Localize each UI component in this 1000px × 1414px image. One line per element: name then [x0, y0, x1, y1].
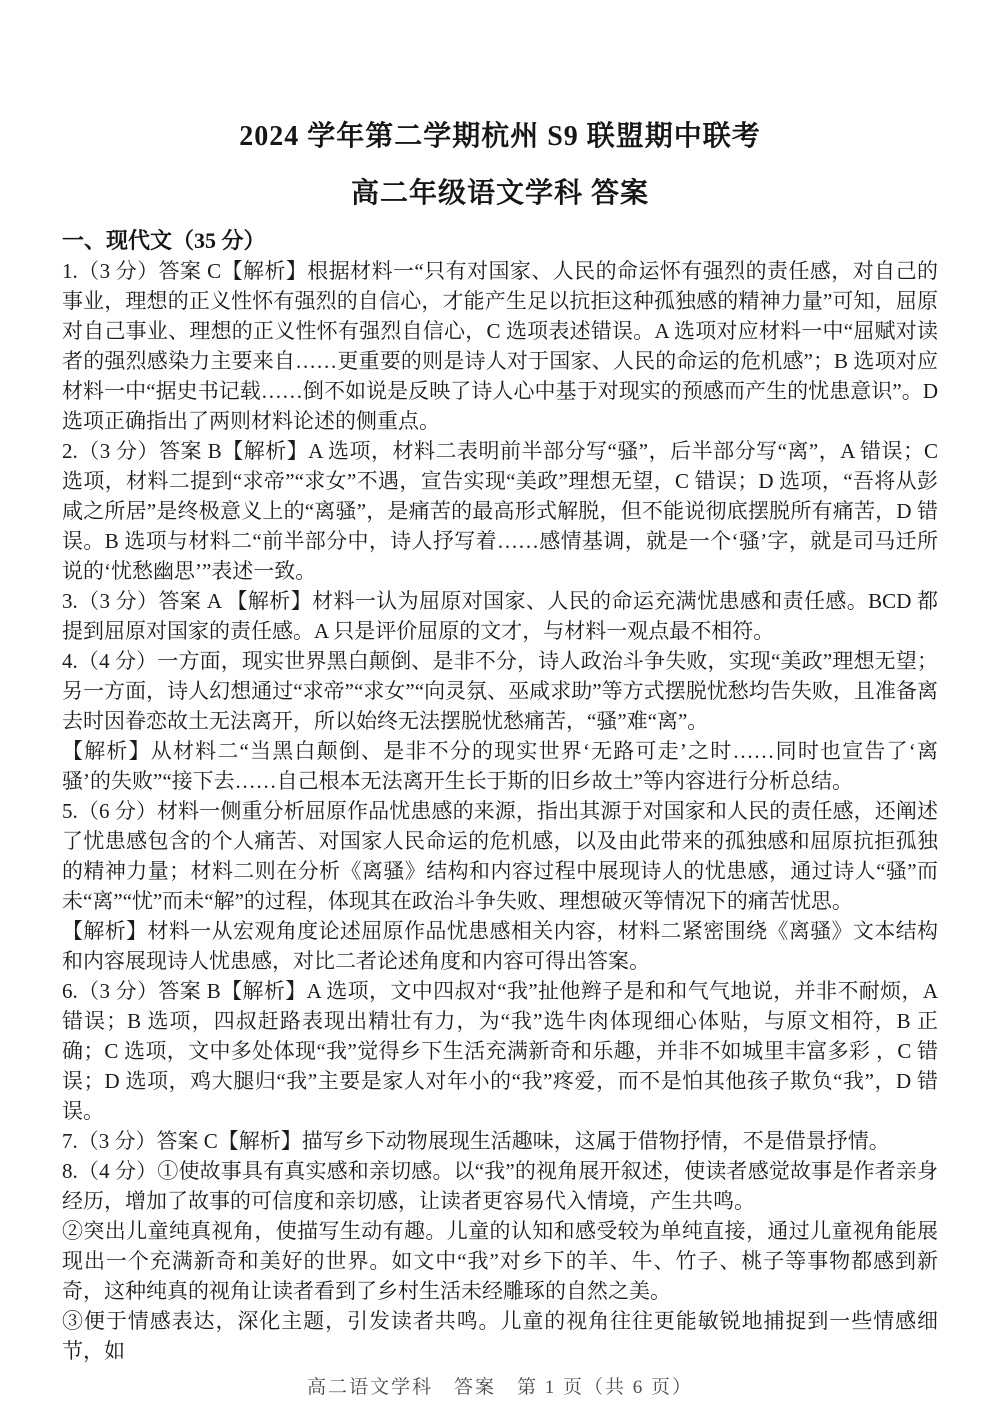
exam-answer-page: 2024 学年第二学期杭州 S9 联盟期中联考 高二年级语文学科 答案 一、现代… [0, 0, 1000, 1414]
answer-paragraph-q7: 7.（3 分）答案 C【解析】描写乡下动物展现生活趣味，这属于借物抒情，不是借景… [62, 1126, 938, 1156]
answer-paragraph-q1: 1.（3 分）答案 C【解析】根据材料一“只有对国家、人民的命运怀有强烈的责任感… [62, 256, 938, 436]
answer-paragraph-q2: 2.（3 分）答案 B【解析】A 选项，材料二表明前半部分写“骚”，后半部分写“… [62, 436, 938, 586]
answer-paragraph-q8-point1: 8.（4 分）①使故事具有真实感和亲切感。以“我”的视角展开叙述，使读者感觉故事… [62, 1156, 938, 1216]
answer-paragraph-q8-point2: ②突出儿童纯真视角，使描写生动有趣。儿童的认知和感受较为单纯直接，通过儿童视角能… [62, 1216, 938, 1306]
answer-paragraph-q4-analysis: 【解析】从材料二“当黑白颠倒、是非不分的现实世界‘无路可走’之时……同时也宣告了… [62, 736, 938, 796]
answer-paragraph-q5: 5.（6 分）材料一侧重分析屈原作品忧患感的来源，指出其源于对国家和人民的责任感… [62, 796, 938, 916]
section-heading-modern-text: 一、现代文（35 分） [62, 226, 938, 256]
answer-paragraph-q3: 3.（3 分）答案 A 【解析】材料一认为屈原对国家、人民的命运充满忧患感和责任… [62, 586, 938, 646]
answer-paragraph-q4: 4.（4 分）一方面，现实世界黑白颠倒、是非不分，诗人政治斗争失败，实现“美政”… [62, 646, 938, 736]
exam-title: 2024 学年第二学期杭州 S9 联盟期中联考 [62, 122, 938, 152]
page-footer: 高二语文学科 答案 第 1 页（共 6 页） [62, 1375, 938, 1401]
answers-body: 1.（3 分）答案 C【解析】根据材料一“只有对国家、人民的命运怀有强烈的责任感… [62, 256, 938, 1366]
answer-paragraph-q6: 6.（3 分）答案 B【解析】A 选项，文中四叔对“我”扯他辫子是和和气气地说，… [62, 976, 938, 1126]
answer-paragraph-q8-point3: ③便于情感表达，深化主题，引发读者共鸣。儿童的视角往往更能敏锐地捕捉到一些情感细… [62, 1306, 938, 1366]
exam-subtitle: 高二年级语文学科 答案 [62, 179, 938, 209]
answer-paragraph-q5-analysis: 【解析】材料一从宏观角度论述屈原作品忧患感相关内容，材料二紧密围绕《离骚》文本结… [62, 916, 938, 976]
